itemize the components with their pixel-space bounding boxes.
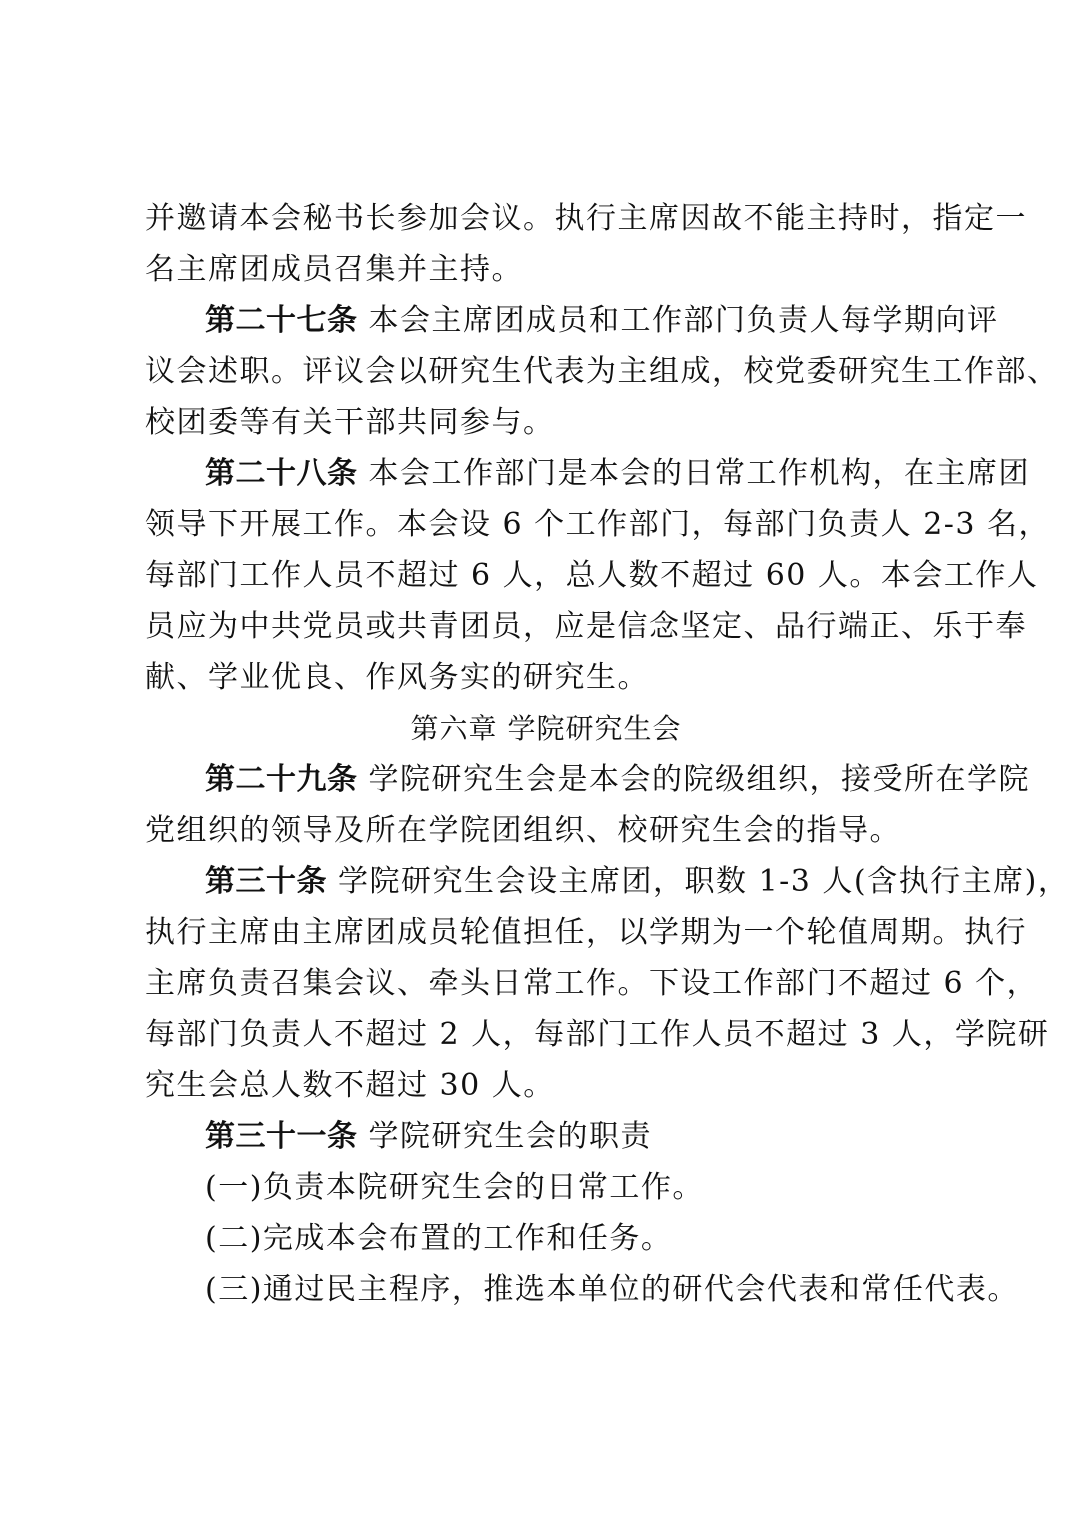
article-31-title: 第三十一条: [205, 1119, 358, 1154]
chapter-heading: 第六章 学院研究生会: [145, 703, 947, 754]
article-30-text: 学院研究生会设主席团，职数 1-3 人(含执行主席)，: [327, 864, 1069, 899]
paragraph-line: 议会述职。评议会以研究生代表为主组成，校党委研究生工作部、: [145, 346, 947, 397]
paragraph-line: 主席负责召集会议、牵头日常工作。下设工作部门不超过 6 个，: [145, 958, 947, 1009]
paragraph-line: 每部门负责人不超过 2 人，每部门工作人员不超过 3 人，学院研: [145, 1009, 947, 1060]
paragraph-line: 校团委等有关干部共同参与。: [145, 397, 947, 448]
paragraph-line: 名主席团成员召集并主持。: [145, 244, 947, 295]
article-28-text: 本会工作部门是本会的日常工作机构，在主席团: [358, 456, 1031, 491]
paragraph-line: 献、学业优良、作风务实的研究生。: [145, 652, 947, 703]
paragraph-line: 执行主席由主席团成员轮值担任，以学期为一个轮值周期。执行: [145, 907, 947, 958]
article-28-first-line: 第二十八条 本会工作部门是本会的日常工作机构，在主席团: [145, 448, 947, 499]
article-29-title: 第二十九条: [205, 762, 358, 797]
list-item: (二)完成本会布置的工作和任务。: [145, 1213, 947, 1264]
paragraph-line: 党组织的领导及所在学院团组织、校研究生会的指导。: [145, 805, 947, 856]
list-item: (一)负责本院研究生会的日常工作。: [145, 1162, 947, 1213]
article-27-first-line: 第二十七条 本会主席团成员和工作部门负责人每学期向评: [145, 295, 947, 346]
article-31-first-line: 第三十一条 学院研究生会的职责: [145, 1111, 947, 1162]
paragraph-line: 员应为中共党员或共青团员，应是信念坚定、品行端正、乐于奉: [145, 601, 947, 652]
article-27-text: 本会主席团成员和工作部门负责人每学期向评: [358, 303, 999, 338]
paragraph-line: 领导下开展工作。本会设 6 个工作部门，每部门负责人 2-3 名，: [145, 499, 947, 550]
paragraph-line: 究生会总人数不超过 30 人。: [145, 1060, 947, 1111]
document-page: 并邀请本会秘书长参加会议。执行主席因故不能主持时，指定一 名主席团成员召集并主持…: [145, 193, 947, 1315]
article-31-text: 学院研究生会的职责: [358, 1119, 653, 1154]
article-30-title: 第三十条: [205, 864, 327, 899]
paragraph-line: 并邀请本会秘书长参加会议。执行主席因故不能主持时，指定一: [145, 193, 947, 244]
article-29-text: 学院研究生会是本会的院级组织，接受所在学院: [358, 762, 1031, 797]
paragraph-line: 每部门工作人员不超过 6 人，总人数不超过 60 人。本会工作人: [145, 550, 947, 601]
article-29-first-line: 第二十九条 学院研究生会是本会的院级组织，接受所在学院: [145, 754, 947, 805]
article-27-title: 第二十七条: [205, 303, 358, 338]
article-30-first-line: 第三十条 学院研究生会设主席团，职数 1-3 人(含执行主席)，: [145, 856, 947, 907]
article-28-title: 第二十八条: [205, 456, 358, 491]
list-item: (三)通过民主程序，推选本单位的研代会代表和常任代表。: [145, 1264, 947, 1315]
